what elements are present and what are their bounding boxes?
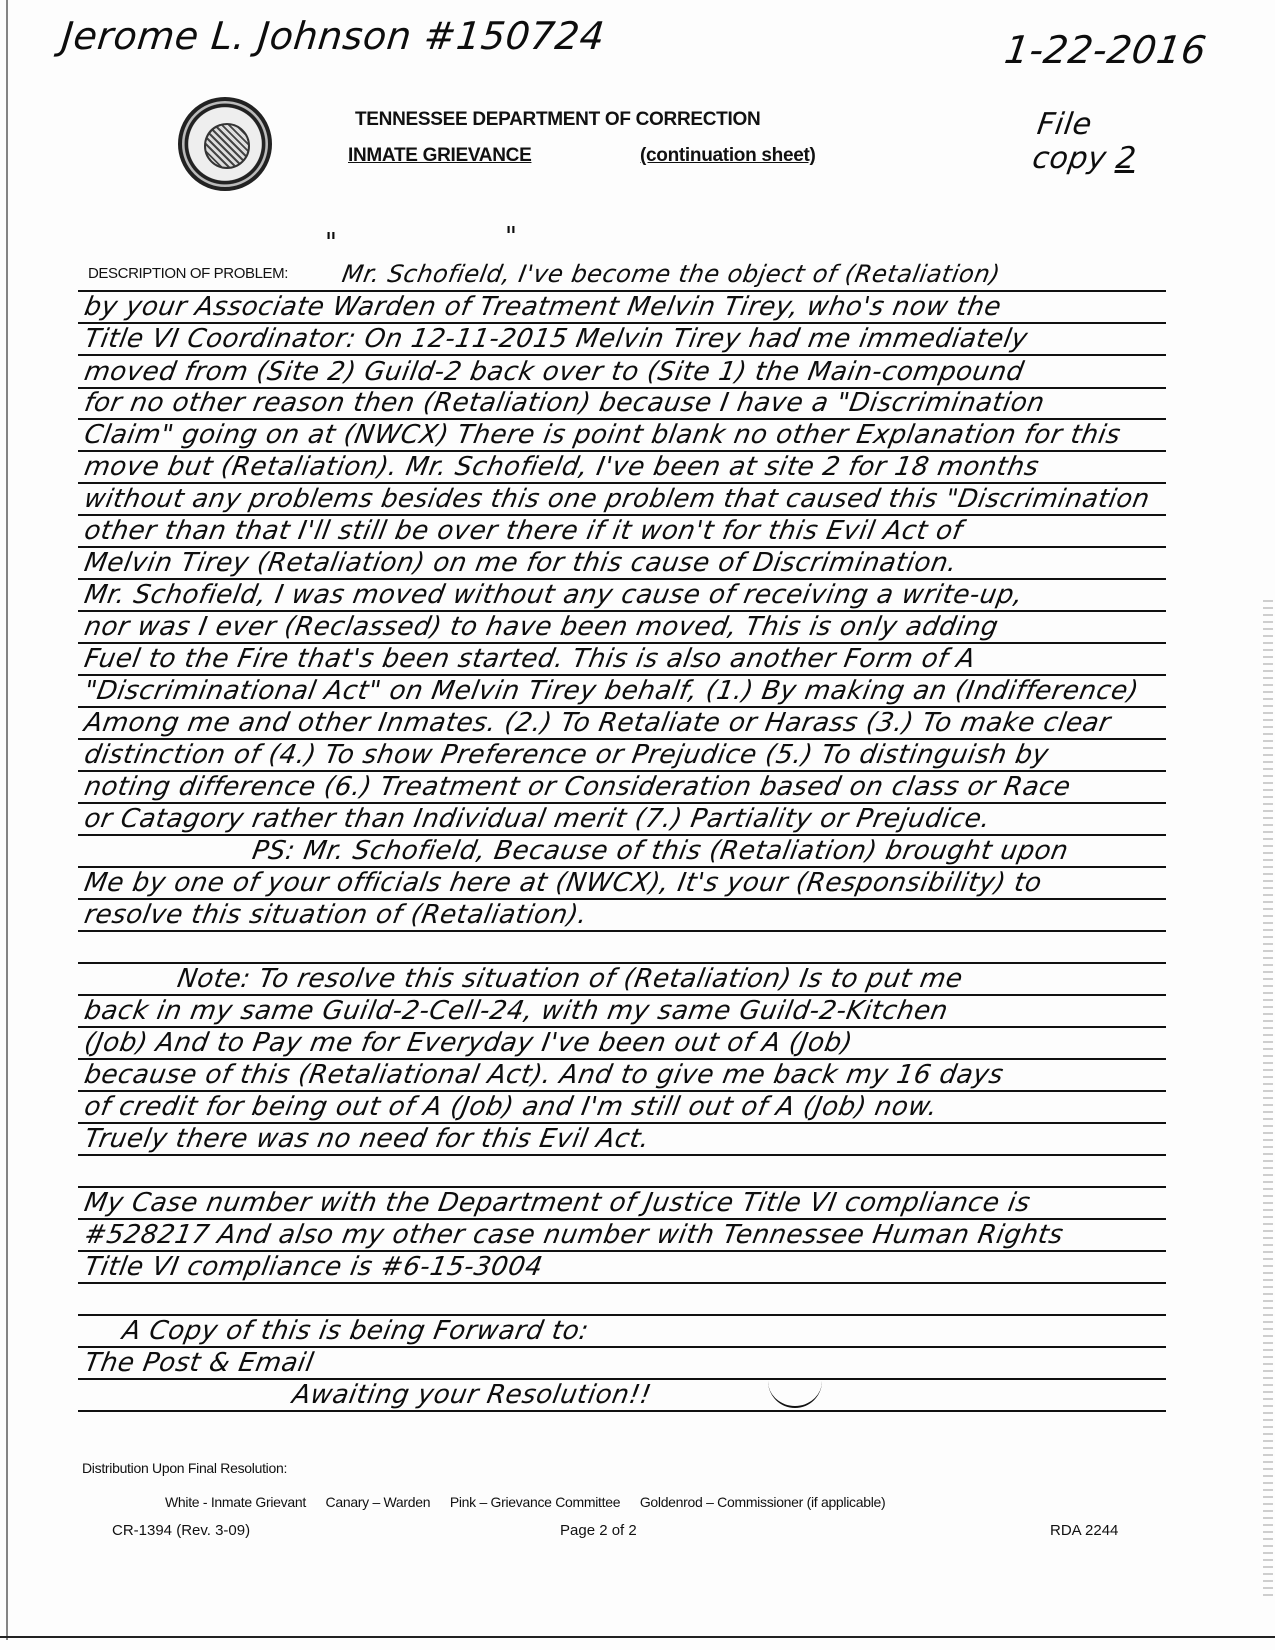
copy-number: 2 <box>1114 141 1139 176</box>
body-line: back in my same Guild-2-Cell-24, with my… <box>82 996 950 1026</box>
body-line: without any problems besides this one pr… <box>82 484 1152 514</box>
body-line: other than that I'll still be over there… <box>82 516 965 546</box>
quote-mark: " <box>505 222 517 252</box>
page-number: Page 2 of 2 <box>560 1522 637 1539</box>
description-label: DESCRIPTION OF PROBLEM: <box>88 265 288 282</box>
department-title: TENNESSEE DEPARTMENT OF CORRECTION <box>355 109 760 131</box>
body-line: Title VI compliance is #6-15-3004 <box>82 1252 545 1282</box>
form-subtitle: (continuation sheet) <box>640 145 816 167</box>
body-line: (Job) And to Pay me for Everyday I've be… <box>82 1028 855 1058</box>
ruled-line <box>78 1154 1166 1156</box>
distribution-label: Distribution Upon Final Resolution: <box>82 1460 287 1476</box>
quote-mark: " <box>325 228 337 258</box>
distribution-list: White - Inmate Grievant Canary – Warden … <box>165 1494 901 1510</box>
body-line: Mr. Schofield, I was moved without any c… <box>82 580 1025 610</box>
body-line: or Catagory rather than Individual merit… <box>82 804 993 834</box>
body-line: Awaiting your Resolution!! <box>290 1380 654 1410</box>
ruled-line <box>78 930 1166 932</box>
body-line: Title VI Coordinator: On 12-11-2015 Melv… <box>82 324 1030 354</box>
grievance-page: Jerome L. Johnson #150724 1-22-2016 File… <box>0 0 1275 1650</box>
body-line: My Case number with the Department of Ju… <box>82 1188 1033 1218</box>
distribution-canary: Canary – Warden <box>326 1494 431 1510</box>
tennessee-seal-icon <box>178 97 272 191</box>
body-line: because of this (Retaliational Act). And… <box>82 1060 1006 1090</box>
body-line: PS: Mr. Schofield, Because of this (Reta… <box>250 836 1071 866</box>
distribution-pink: Pink – Grievance Committee <box>450 1494 620 1510</box>
ruled-line <box>78 1282 1166 1284</box>
body-line: Me by one of your officials here at (NWC… <box>82 868 1044 898</box>
rda-number: RDA 2244 <box>1050 1522 1118 1539</box>
body-line: moved from (Site 2) Guild-2 back over to… <box>82 357 1026 387</box>
body-line: #528217 And also my other case number wi… <box>82 1220 1066 1250</box>
body-line: by your Associate Warden of Treatment Me… <box>82 292 1004 322</box>
body-line: Truely there was no need for this Evil A… <box>82 1124 652 1154</box>
body-line: resolve this situation of (Retaliation). <box>82 900 590 930</box>
scan-edge-bottom <box>0 1636 1275 1638</box>
body-line: for no other reason then (Retaliation) b… <box>82 388 1047 418</box>
form-title: INMATE GRIEVANCE <box>348 145 531 167</box>
body-line: of credit for being out of A (Job) and I… <box>82 1092 940 1122</box>
body-line: A Copy of this is being Forward to: <box>120 1316 591 1346</box>
body-line: Fuel to the Fire that's been started. Th… <box>82 644 978 674</box>
handwritten-date: 1-22-2016 <box>1002 28 1209 72</box>
body-line: distinction of (4.) To show Preference o… <box>82 740 1051 770</box>
body-line: nor was I ever (Reclassed) to have been … <box>82 612 1001 642</box>
body-line: Among me and other Inmates. (2.) To Reta… <box>82 708 1113 738</box>
file-label: File <box>1035 108 1143 142</box>
handwritten-name: Jerome L. Johnson #150724 <box>60 14 607 58</box>
body-line: The Post & Email <box>82 1348 316 1378</box>
body-line: "Discriminational Act" on Melvin Tirey b… <box>82 676 1141 706</box>
body-line: Melvin Tirey (Retaliation) on me for thi… <box>82 548 959 578</box>
smiley-doodle <box>768 1380 822 1408</box>
body-line: Claim" going on at (NWCX) There is point… <box>82 420 1123 450</box>
distribution-white: White - Inmate Grievant <box>165 1494 306 1510</box>
scan-noise-right <box>1263 600 1273 1600</box>
file-copy-note: File copy 2 <box>1030 108 1143 176</box>
ruled-line <box>78 1410 1166 1412</box>
ruled-line <box>78 354 1166 356</box>
form-number: CR-1394 (Rev. 3-09) <box>112 1522 250 1539</box>
body-line: Mr. Schofield, I've become the object of… <box>340 260 1003 288</box>
scan-edge-left <box>6 0 8 1640</box>
body-line: Note: To resolve this situation of (Reta… <box>175 964 965 994</box>
body-line: move but (Retaliation). Mr. Schofield, I… <box>82 452 1041 482</box>
body-line: noting difference (6.) Treatment or Cons… <box>82 772 1073 802</box>
distribution-goldenrod: Goldenrod – Commissioner (if applicable) <box>640 1494 886 1510</box>
seal-center <box>204 123 250 169</box>
copy-label: copy <box>1030 141 1109 176</box>
